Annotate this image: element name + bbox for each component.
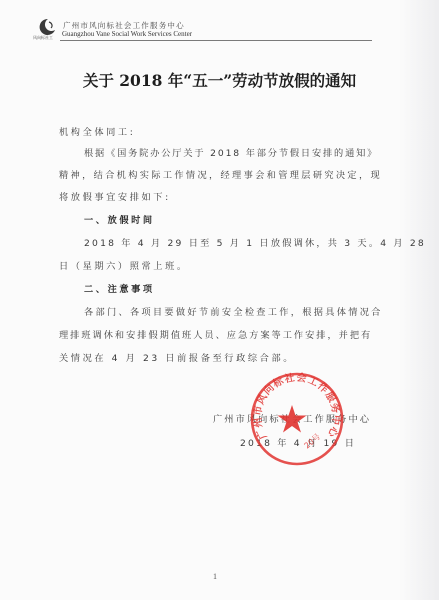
page-number: 1 (213, 572, 217, 581)
section-heading-holiday-time: 一、放假时间 (84, 212, 155, 226)
document-title: 关于 2018 年“五一”劳动节放假的通知 (0, 69, 439, 91)
section-line: 各部门、各项目要做好节前安全检查工作，根据具体情况合 (84, 304, 383, 318)
header-divider (60, 40, 372, 41)
section-line: 日（星期六）照常上班。 (59, 258, 189, 272)
section-line: 关情况在 4 月 23 日前报备至行政综合部。 (59, 350, 295, 364)
official-seal-icon: 广州市风向标社会工作服务中心 20号 (249, 371, 345, 467)
section-heading-notes: 二、注意事项 (84, 281, 155, 295)
intro-line: 将放假事宜安排如下: (59, 189, 171, 203)
intro-line: 根据《国务院办公厅关于 2018 年部分节假日安排的通知》 (84, 145, 378, 159)
intro-line: 精神，结合机构实际工作情况，经理事会和管理层研究决定，现 (59, 167, 382, 181)
section-line: 2018 年 4 月 29 日至 5 月 1 日放假调休，共 3 天。4 月 2… (84, 235, 426, 249)
seal-text: 广州市风向标社会工作服务中心 (251, 371, 344, 442)
salutation: 机构全体同工: (59, 124, 135, 138)
svg-text:20号: 20号 (302, 431, 322, 450)
logo-caption: 风向标社工 (33, 35, 53, 41)
org-name-english: Guangzhou Vane Social Work Services Cent… (62, 30, 192, 38)
section-line: 理排班调休和安排假期值班人员、应急方案等工作安排，并把有 (59, 327, 372, 341)
organization-logo-icon (38, 17, 58, 37)
svg-text:广州市风向标社会工作服务中心: 广州市风向标社会工作服务中心 (251, 371, 344, 442)
